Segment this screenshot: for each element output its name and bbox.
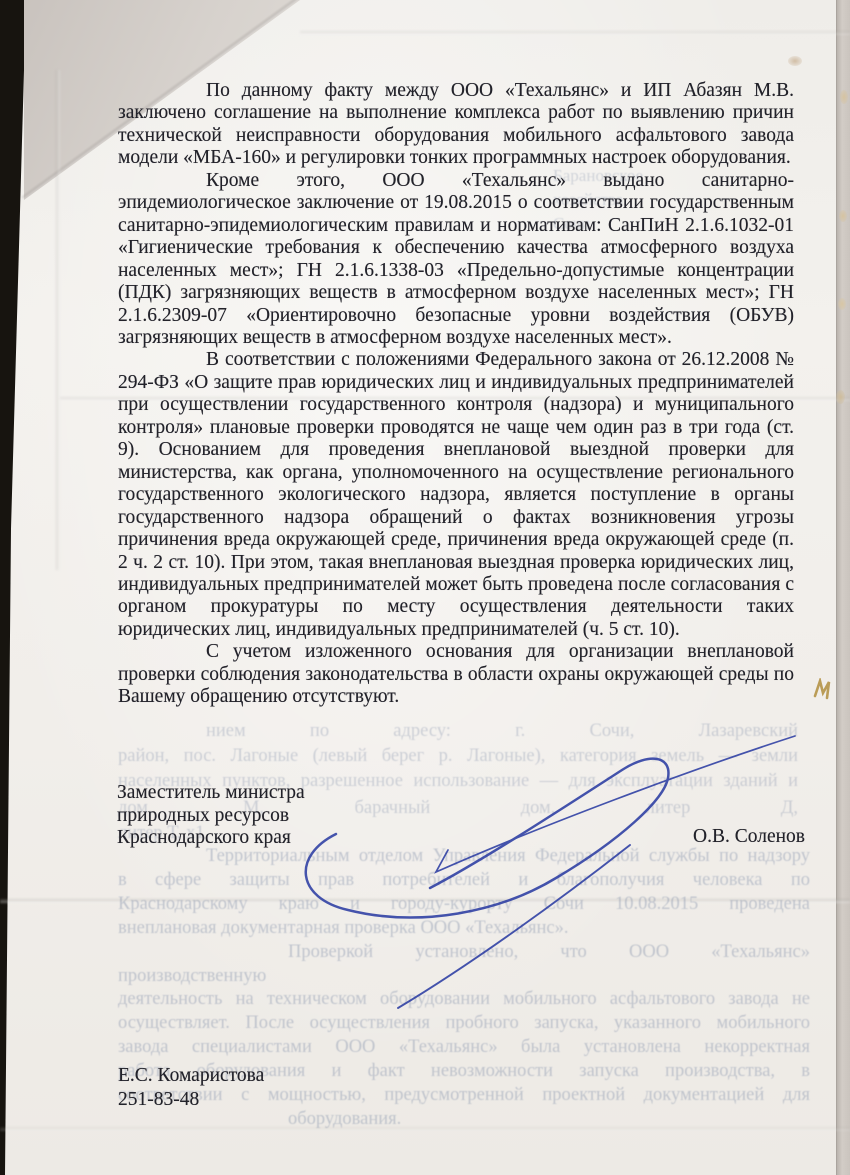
signer-name: О.В. Соленов [693, 826, 813, 848]
signer-position-line: Краснодарского края [117, 827, 305, 850]
signer-position-line: Заместитель министра [117, 782, 305, 805]
paragraph-agreement: По данному факту между ООО «Техальянс» и… [118, 80, 794, 170]
ink-smudge-mark [812, 678, 834, 702]
executor-name: Е.С. Комаристова [118, 1064, 264, 1088]
executor-phone: 251-83-48 [118, 1088, 264, 1112]
signer-position-line: природных ресурсов [117, 805, 305, 828]
scanner-right-edge [836, 0, 850, 1175]
paragraph-conclusion: С учетом изложенного основания для орган… [118, 641, 794, 708]
executor-block: Е.С. Комаристова 251-83-48 [118, 1064, 264, 1111]
scanned-letter-page: Барановское хозяйства Сочи нием по адрес… [0, 0, 850, 1175]
signer-position-block: Заместитель министра природных ресурсов … [117, 782, 305, 850]
letter-body: По данному факту между ООО «Техальянс» и… [118, 80, 794, 709]
paragraph-federal-law: В соответствии с положениями Федеральног… [118, 349, 794, 641]
paragraph-sanitary-conclusion: Кроме этого, ООО «Техальянс» выдано сани… [118, 170, 794, 350]
